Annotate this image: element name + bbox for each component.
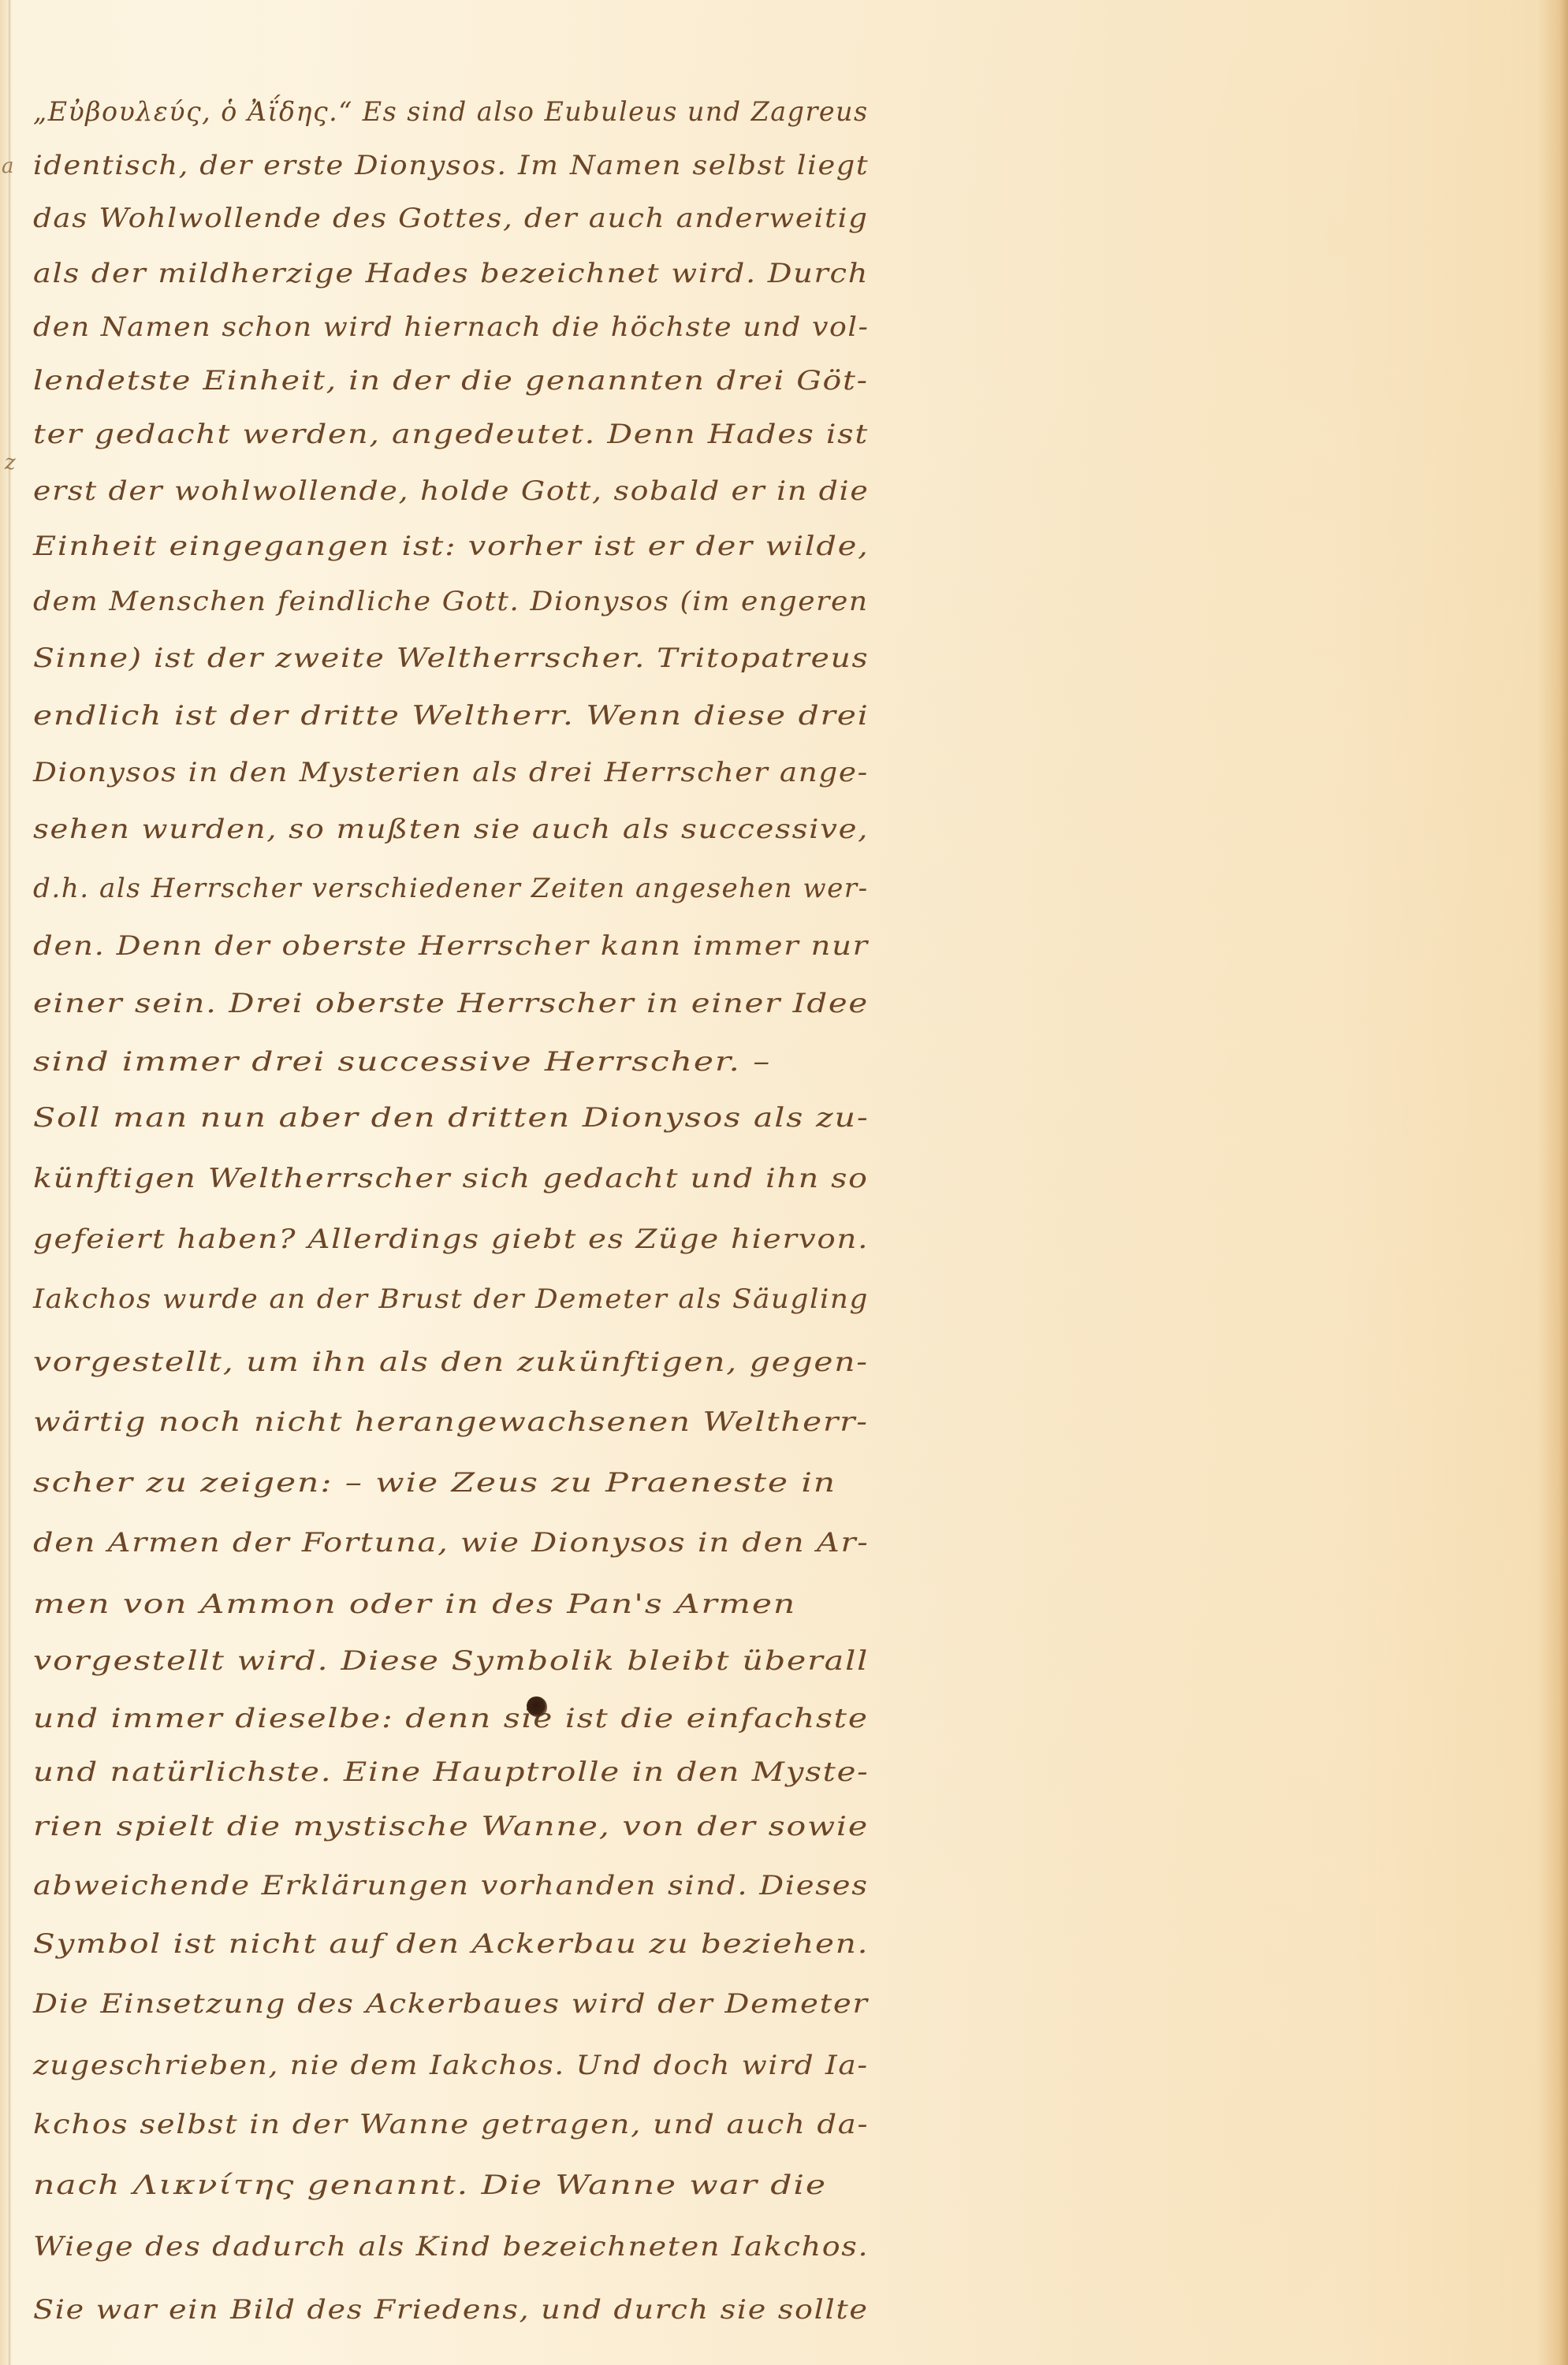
text-line: den. Denn der oberste Herrscher kann imm… [33,930,869,962]
text-line: den Namen schon wird hiernach die höchst… [33,311,869,343]
text-line: wärtig noch nicht herangewachsenen Welth… [33,1406,869,1438]
page-edge-crease [8,0,11,2365]
text-line: kchos selbst in der Wanne getragen, und … [33,2109,869,2140]
text-line: künftigen Weltherrscher sich gedacht und… [33,1163,869,1194]
text-line: einer sein. Drei oberste Herrscher in ei… [33,988,869,1019]
text-line: erst der wohlwollende, holde Gott, sobal… [33,475,869,507]
text-line: ter gedacht werden, angedeutet. Denn Had… [33,419,869,450]
text-line: identisch, der erste Dionysos. Im Namen … [33,150,869,181]
text-line: den Armen der Fortuna, wie Dionysos in d… [33,1527,870,1559]
text-line: vorgestellt wird. Diese Symbolik bleibt … [33,1645,869,1677]
text-line: men von Ammon oder in des Pan's Armen [33,1588,796,1620]
text-line: Iakchos wurde an der Brust der Demeter a… [33,1283,869,1315]
text-line: endlich ist der dritte Weltherr. Wenn di… [33,700,870,732]
text-line: abweichende Erklärungen vorhanden sind. … [33,1870,869,1901]
text-line: d.h. als Herrscher verschiedener Zeiten … [33,873,869,904]
text-line: zugeschrieben, nie dem Iakchos. Und doch… [33,2050,869,2081]
text-line: Wiege des dadurch als Kind bezeichneten … [33,2231,869,2263]
text-line: Die Einsetzung des Ackerbaues wird der D… [33,1988,869,2020]
ink-blot [527,1696,547,1717]
text-line: und immer dieselbe: denn sie ist die ein… [33,1703,869,1734]
text-line: „Εὐβουλεύς, ὁ Ἀΐδης.“ Es sind also Eubul… [33,96,869,128]
text-line: scher zu zeigen: – wie Zeus zu Praeneste… [33,1467,836,1499]
text-line: Sinne) ist der zweite Weltherrscher. Tri… [33,642,869,674]
margin-mark-a: a [2,155,14,178]
text-line: rien spielt die mystische Wanne, von der… [33,1811,869,1842]
text-line: Dionysos in den Mysterien als drei Herrs… [33,757,869,788]
text-line: Soll man nun aber den dritten Dionysos a… [33,1102,870,1134]
text-line: nach Λικνίτης genannt. Die Wanne war die [33,2169,827,2201]
text-line: dem Menschen feindliche Gott. Dionysos (… [33,586,869,617]
text-line: sind immer drei successive Herrscher. – [33,1046,771,1078]
margin-mark-z: z [5,451,16,475]
text-line: das Wohlwollende des Gottes, der auch an… [33,203,869,234]
text-line: als der mildherzige Hades bezeichnet wir… [33,258,869,289]
text-line: gefeiert haben? Allerdings giebt es Züge… [33,1223,869,1255]
text-line: vorgestellt, um ihn als den zukünftigen,… [33,1346,869,1378]
text-line: Symbol ist nicht auf den Ackerbau zu bez… [33,1928,869,1960]
text-line: lendetste Einheit, in der die genannten … [33,365,869,397]
text-line: Einheit eingegangen ist: vorher ist er d… [33,531,870,562]
text-line: Sie war ein Bild des Friedens, und durch… [33,2294,869,2326]
text-line: und natürlichste. Eine Hauptrolle in den… [33,1756,870,1788]
text-line: sehen wurden, so mußten sie auch als suc… [33,814,869,845]
